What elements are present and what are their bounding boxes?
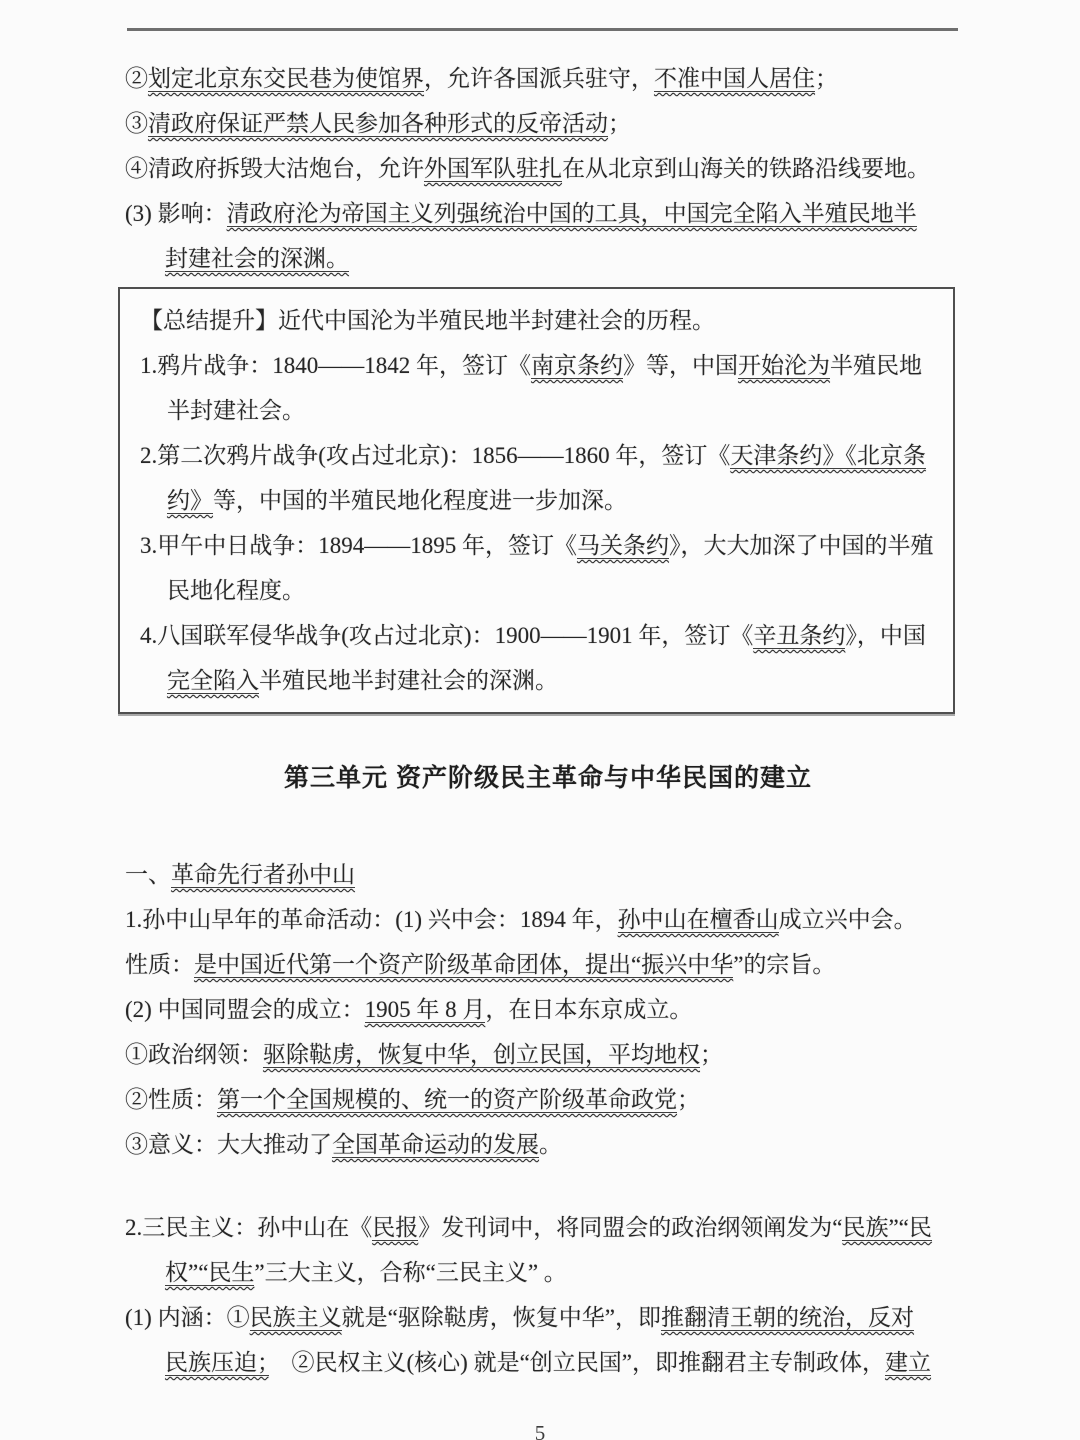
text-segment: 》等，中国 [623,353,738,378]
page-number: 5 [0,1421,1080,1440]
emphasized-text: 马关条约 [577,533,669,559]
summary-box: 【总结提升】近代中国沦为半殖民地半封建社会的历程。1.鸦片战争：1840——18… [118,287,955,714]
emphasized-text: 孙中山在檀香山 [618,907,779,933]
emphasized-text: 不准中国人居住 [654,66,815,92]
text-segment: ； [677,1087,700,1112]
emphasized-text: 驱除鞑虏，恢复中华，创立民国，平均地权 [263,1042,700,1068]
emphasized-text: 民族主义 [250,1305,342,1331]
text-line: 一、革命先行者孙中山 [125,852,971,897]
text-segment: (2) 中国同盟会的成立： [125,997,365,1022]
text-segment: ； [815,66,838,91]
text-line: 封建社会的深渊。 [125,236,971,281]
emphasized-text: 民族压迫； [165,1350,269,1376]
emphasized-text: 南京条约 [531,353,623,379]
text-segment: ”三大主义，合称“三民主义” 。 [254,1260,566,1285]
text-segment: 半殖民地 [830,353,922,378]
text-line: ②划定北京东交民巷为使馆界，允许各国派兵驻守，不准中国人居住； [125,56,971,101]
text-segment: 。 [539,1132,562,1157]
text-line: (2) 中国同盟会的成立：1905 年 8 月，在日本东京成立。 [125,987,971,1032]
text-line: 约》等，中国的半殖民地化程度进一步加深。 [140,478,941,523]
text-segment: 》发刊词中，将同盟会的政治纲领阐发为“ [418,1215,842,1240]
text-segment: 2.第二次鸦片战争(攻占过北京)：1856——1860 年，签订《 [140,443,730,468]
emphasized-text: 民报 [372,1215,418,1241]
text-segment: 一、 [125,862,171,887]
text-line: ③清政府保证严禁人民参加各种形式的反帝活动； [125,101,971,146]
three-principles-section: 2.三民主义：孙中山在《民报》发刊词中，将同盟会的政治纲领阐发为“民族”“民权”… [125,1205,971,1385]
text-segment: 3.甲午中日战争：1894——1895 年，签订《 [140,533,577,558]
emphasized-text: 辛丑条约 [753,623,845,649]
emphasized-text: 外国军队驻扎 [424,156,562,182]
emphasized-text: 革命先行者孙中山 [171,862,355,888]
emphasized-text: 完全陷入 [167,668,259,694]
text-line: 1.鸦片战争：1840——1842 年，签订《南京条约》等，中国开始沦为半殖民地 [140,343,941,388]
text-segment: ①政治纲领： [125,1042,263,1067]
page-content: ②划定北京东交民巷为使馆界，允许各国派兵驻守，不准中国人居住；③清政府保证严禁人… [125,56,971,1385]
unit-heading: 第三单元 资产阶级民主革命与中华民国的建立 [125,758,971,798]
text-line: 性质：是中国近代第一个资产阶级革命团体，提出“振兴中华”的宗旨。 [125,942,971,987]
text-line: 2.三民主义：孙中山在《民报》发刊词中，将同盟会的政治纲领阐发为“民族”“民 [125,1205,971,1250]
emphasized-text: 是中国近代第一个资产阶级革命团体，提出“振兴中华 [194,952,733,978]
emphasized-text: 权”“民生 [165,1260,254,1286]
text-segment: 》，中国 [845,623,926,648]
text-line: 【总结提升】近代中国沦为半殖民地半封建社会的历程。 [140,298,941,343]
text-segment: ； [608,111,631,136]
text-line: 1.孙中山早年的革命活动：(1) 兴中会：1894 年，孙中山在檀香山成立兴中会… [125,897,971,942]
text-line: ④清政府拆毁大沽炮台，允许外国军队驻扎在从北京到山海关的铁路沿线要地。 [125,146,971,191]
text-segment: ③意义：大大推动了 [125,1132,332,1157]
text-segment: 性质： [125,952,194,977]
emphasized-text: 建立 [885,1350,931,1376]
text-segment: ③ [125,111,148,136]
text-line: 4.八国联军侵华战争(攻占过北京)：1900——1901 年，签订《辛丑条约》，… [140,613,941,658]
text-segment: ② [125,66,148,91]
sun-yat-sen-section: 一、革命先行者孙中山1.孙中山早年的革命活动：(1) 兴中会：1894 年，孙中… [125,852,971,1167]
text-line: 半封建社会。 [140,388,941,433]
text-line: 民地化程度。 [140,568,941,613]
text-line: (3) 影响：清政府沦为帝国主义列强统治中国的工具，中国完全陷入半殖民地半 [125,191,971,236]
text-segment: 4.八国联军侵华战争(攻占过北京)：1900——1901 年，签订《 [140,623,753,648]
text-segment: 2.三民主义：孙中山在《 [125,1215,372,1240]
text-line: ③意义：大大推动了全国革命运动的发展。 [125,1122,971,1167]
text-segment: 等，中国的半殖民地化程度进一步加深。 [213,488,627,513]
emphasized-text: 封建社会的深渊。 [165,246,349,272]
text-segment: 》，大大加深了中国的半殖 [669,533,934,558]
page-header-rule [127,28,958,31]
text-segment: (1) 内涵：① [125,1305,250,1330]
emphasized-text: 约》 [167,488,213,514]
text-segment: 1.孙中山早年的革命活动：(1) 兴中会：1894 年， [125,907,618,932]
emphasized-text: 清政府保证严禁人民参加各种形式的反帝活动 [148,111,608,137]
text-line: 民族压迫； ②民权主义(核心) 就是“创立民国”，即推翻君主专制政体，建立 [125,1340,971,1385]
text-segment: 半封建社会。 [167,398,305,423]
text-segment: ，在日本东京成立。 [485,997,692,1022]
text-segment: 就是“驱除鞑虏，恢复中华”，即 [342,1305,661,1330]
text-segment: ； [700,1042,723,1067]
text-segment: ”的宗旨。 [733,952,835,977]
text-segment: 民地化程度。 [167,578,305,603]
text-segment: 成立兴中会。 [779,907,917,932]
text-segment: 1.鸦片战争：1840——1842 年，签订《 [140,353,531,378]
text-segment: 【总结提升】近代中国沦为半殖民地半封建社会的历程。 [140,308,715,333]
emphasized-text: 1905 年 8 月 [365,997,486,1023]
text-line: ②性质：第一个全国规模的、统一的资产阶级革命政党； [125,1077,971,1122]
text-segment: ②性质： [125,1087,217,1112]
text-segment: 半殖民地半封建社会的深渊。 [259,668,558,693]
text-line: 2.第二次鸦片战争(攻占过北京)：1856——1860 年，签订《天津条约》《北… [140,433,941,478]
text-line: 3.甲午中日战争：1894——1895 年，签订《马关条约》，大大加深了中国的半… [140,523,941,568]
emphasized-text: 划定北京东交民巷为使馆界 [148,66,424,92]
text-line: (1) 内涵：①民族主义就是“驱除鞑虏，恢复中华”，即推翻清王朝的统治，反对 [125,1295,971,1340]
emphasized-text: 全国革命运动的发展 [332,1132,539,1158]
text-segment: ④清政府拆毁大沽炮台，允许 [125,156,424,181]
emphasized-text: 清政府沦为帝国主义列强统治中国的工具，中国完全陷入半殖民地半 [227,201,917,227]
text-segment: (3) 影响： [125,201,227,226]
text-line: ①政治纲领：驱除鞑虏，恢复中华，创立民国，平均地权； [125,1032,971,1077]
emphasized-text: 第一个全国规模的、统一的资产阶级革命政党 [217,1087,677,1113]
emphasized-text: 民族”“民 [842,1215,931,1241]
emphasized-text: 天津条约》《北京条 [730,443,926,469]
treaty-terms-section: ②划定北京东交民巷为使馆界，允许各国派兵驻守，不准中国人居住；③清政府保证严禁人… [125,56,971,281]
text-segment: ，允许各国派兵驻守， [424,66,654,91]
text-segment: ②民权主义(核心) 就是“创立民国”，即推翻君主专制政体， [269,1350,886,1375]
text-segment: 在从北京到山海关的铁路沿线要地。 [562,156,930,181]
text-line: 完全陷入半殖民地半封建社会的深渊。 [140,658,941,703]
emphasized-text: 开始沦为 [738,353,830,379]
text-line: 权”“民生”三大主义，合称“三民主义” 。 [125,1250,971,1295]
emphasized-text: 推翻清王朝的统治，反对 [661,1305,914,1331]
